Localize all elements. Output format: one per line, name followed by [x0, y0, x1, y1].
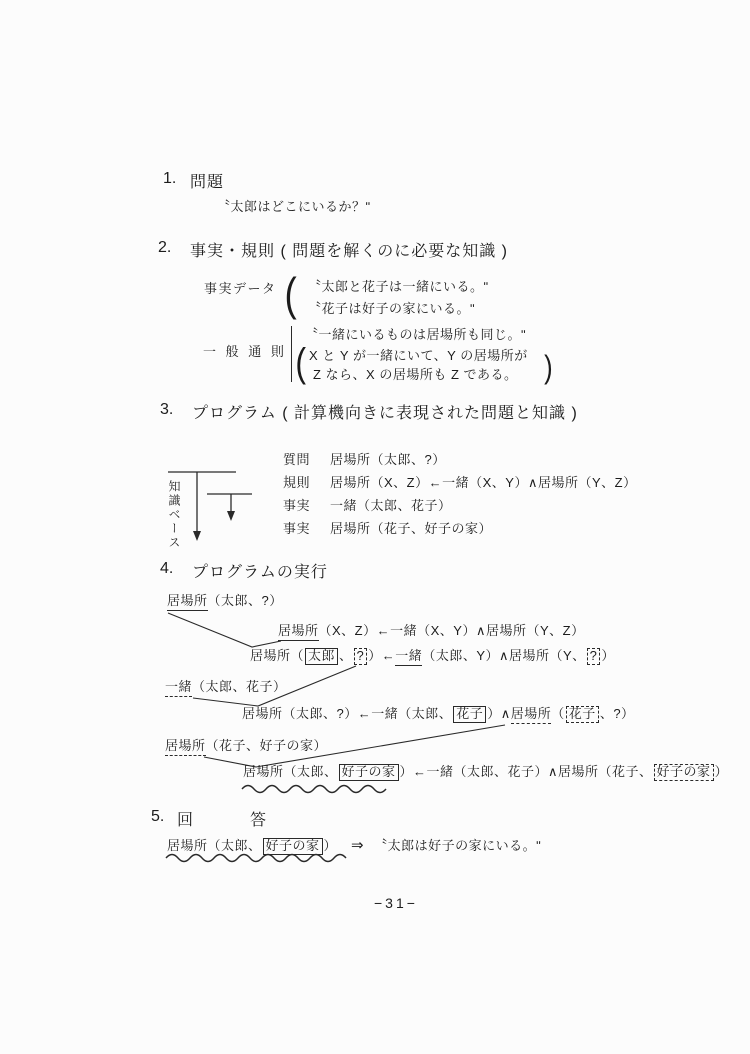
section-4-number: 4.	[160, 560, 173, 578]
wavy-underline-result	[242, 786, 386, 793]
trace-text: （太郎、Y）∧居場所（Y、	[422, 648, 585, 663]
trace-text: 居場所（太郎、?）←一緒（太郎、	[242, 706, 452, 721]
trace-text: 居場所（太郎、	[243, 764, 338, 779]
program-row-body: 居場所（太郎、?）	[330, 452, 446, 468]
trace-text: ）∧	[487, 706, 511, 721]
problem-quote: 〝太郎はどこにいるか？ʺ	[217, 199, 371, 215]
trace-text: 居場所（	[250, 648, 304, 663]
rule-group-bar	[291, 326, 292, 382]
trace-text: （	[551, 706, 565, 721]
answer-text: ）	[324, 838, 338, 853]
binding-box-hanako: 花子	[566, 706, 599, 723]
trace-line-goal: 居場所（太郎、?）	[167, 593, 283, 609]
answer-text: 居場所（太郎、	[167, 838, 262, 853]
fact-line-1: 〝太郎と花子は一緒にいる。ʺ	[308, 279, 489, 295]
trace-text: 、?）	[600, 706, 635, 721]
section-5-title-1: 回	[177, 807, 194, 830]
wavy-underline-answer	[166, 855, 346, 862]
rule-quote: 〝一緒にいるものは居場所も同じ。ʺ	[305, 327, 526, 343]
rule-inner-open-paren: (	[295, 343, 306, 383]
scanned-document-page: 1. 問題 〝太郎はどこにいるか？ʺ 2. 事実・規則 ( 問題を解くのに必要な…	[0, 0, 750, 1054]
page-number: −31−	[374, 895, 418, 911]
rule-condition-2: Z なら、X の居場所も Z である。	[313, 367, 518, 383]
facts-open-paren: (	[285, 271, 297, 317]
section-2-title: 事実・規則 ( 問題を解くのに必要な知識 )	[190, 238, 508, 261]
trace-line-unified-2: 居場所（太郎、?）←一緒（太郎、花子）∧居場所（花子、?）	[242, 706, 635, 723]
program-row-tag: 規則	[283, 475, 310, 491]
binding-box-yoshiko-house: 好子の家	[654, 764, 714, 781]
section-1-number: 1.	[163, 170, 176, 188]
program-row-tag: 事実	[283, 521, 310, 537]
binding-box-hanako: 花子	[453, 706, 486, 723]
trace-text: 、	[339, 648, 353, 663]
section-4-title: プログラムの実行	[192, 559, 328, 582]
trace-line-result: 居場所（太郎、好子の家）←一緒（太郎、花子）∧居場所（花子、好子の家）	[243, 764, 728, 781]
underlined-predicate: 居場所	[167, 593, 208, 611]
program-row-body: 居場所（X、Z）←一緒（X、Y）∧居場所（Y、Z）	[330, 475, 637, 491]
binding-box-yoshiko-house: 好子の家	[339, 764, 399, 781]
binding-box-query: ?	[587, 648, 601, 665]
answer-line: 居場所（太郎、好子の家）⇒〝太郎は好子の家にいる。ʺ	[167, 837, 541, 855]
knowledge-base-arrowheads	[193, 511, 235, 541]
connector-goal-to-rule	[168, 613, 281, 647]
trace-line-rule: 居場所（X、Z）←一緒（X、Y）∧居場所（Y、Z）	[278, 623, 585, 639]
program-row-tag: 事実	[283, 498, 310, 514]
section-5-number: 5.	[151, 808, 164, 826]
program-row-body: 居場所（花子、好子の家）	[330, 521, 492, 537]
rule-label: 一 般 通 則	[203, 344, 287, 360]
trace-text: （太郎、花子）	[192, 679, 287, 694]
trace-text: （花子、好子の家）	[206, 738, 328, 753]
underlined-predicate: 居場所	[278, 623, 319, 641]
answer-quote: 〝太郎は好子の家にいる。ʺ	[374, 838, 541, 853]
implies-arrow-icon: ⇒	[351, 837, 364, 854]
trace-text: ）	[601, 648, 615, 663]
program-row-body: 一緒（太郎、花子）	[330, 498, 452, 514]
underlined-predicate: 居場所	[511, 706, 552, 724]
trace-text: （太郎、?）	[208, 593, 283, 608]
binding-box-taro: 太郎	[305, 648, 338, 665]
trace-line-fact1: 一緒（太郎、花子）	[165, 679, 287, 695]
section-1-title: 問題	[190, 169, 224, 192]
trace-text: ）	[715, 764, 729, 779]
section-3-title: プログラム ( 計算機向きに表現された問題と知識 )	[192, 400, 578, 423]
section-2-number: 2.	[158, 239, 171, 257]
knowledge-base-label: 知識ベース	[166, 480, 183, 550]
binding-box-query: ?	[354, 648, 368, 665]
fact-line-2: 〝花子は好子の家にいる。ʺ	[308, 301, 475, 317]
underlined-predicate: 一緒	[165, 679, 192, 697]
trace-line-fact2: 居場所（花子、好子の家）	[165, 738, 327, 754]
facts-label: 事実データ	[204, 281, 277, 297]
program-row-tag: 質問	[283, 452, 310, 468]
rule-inner-close-paren: )	[544, 351, 553, 383]
trace-text: ）←一緒（太郎、花子）∧居場所（花子、	[400, 764, 653, 779]
binding-box-yoshiko-house: 好子の家	[263, 838, 323, 855]
trace-line-unified-1: 居場所（太郎、?）←一緒（太郎、Y）∧居場所（Y、?）	[250, 648, 615, 665]
rule-condition-1: X と Y が一緒にいて、Y の居場所が	[309, 348, 528, 364]
underlined-predicate: 一緒	[395, 648, 422, 666]
section-5-title-2: 答	[250, 807, 267, 830]
underlined-predicate: 居場所	[165, 738, 206, 756]
section-3-number: 3.	[160, 401, 173, 419]
trace-text: （X、Z）←一緒（X、Y）∧居場所（Y、Z）	[319, 623, 585, 638]
trace-text: ）←	[368, 648, 395, 663]
